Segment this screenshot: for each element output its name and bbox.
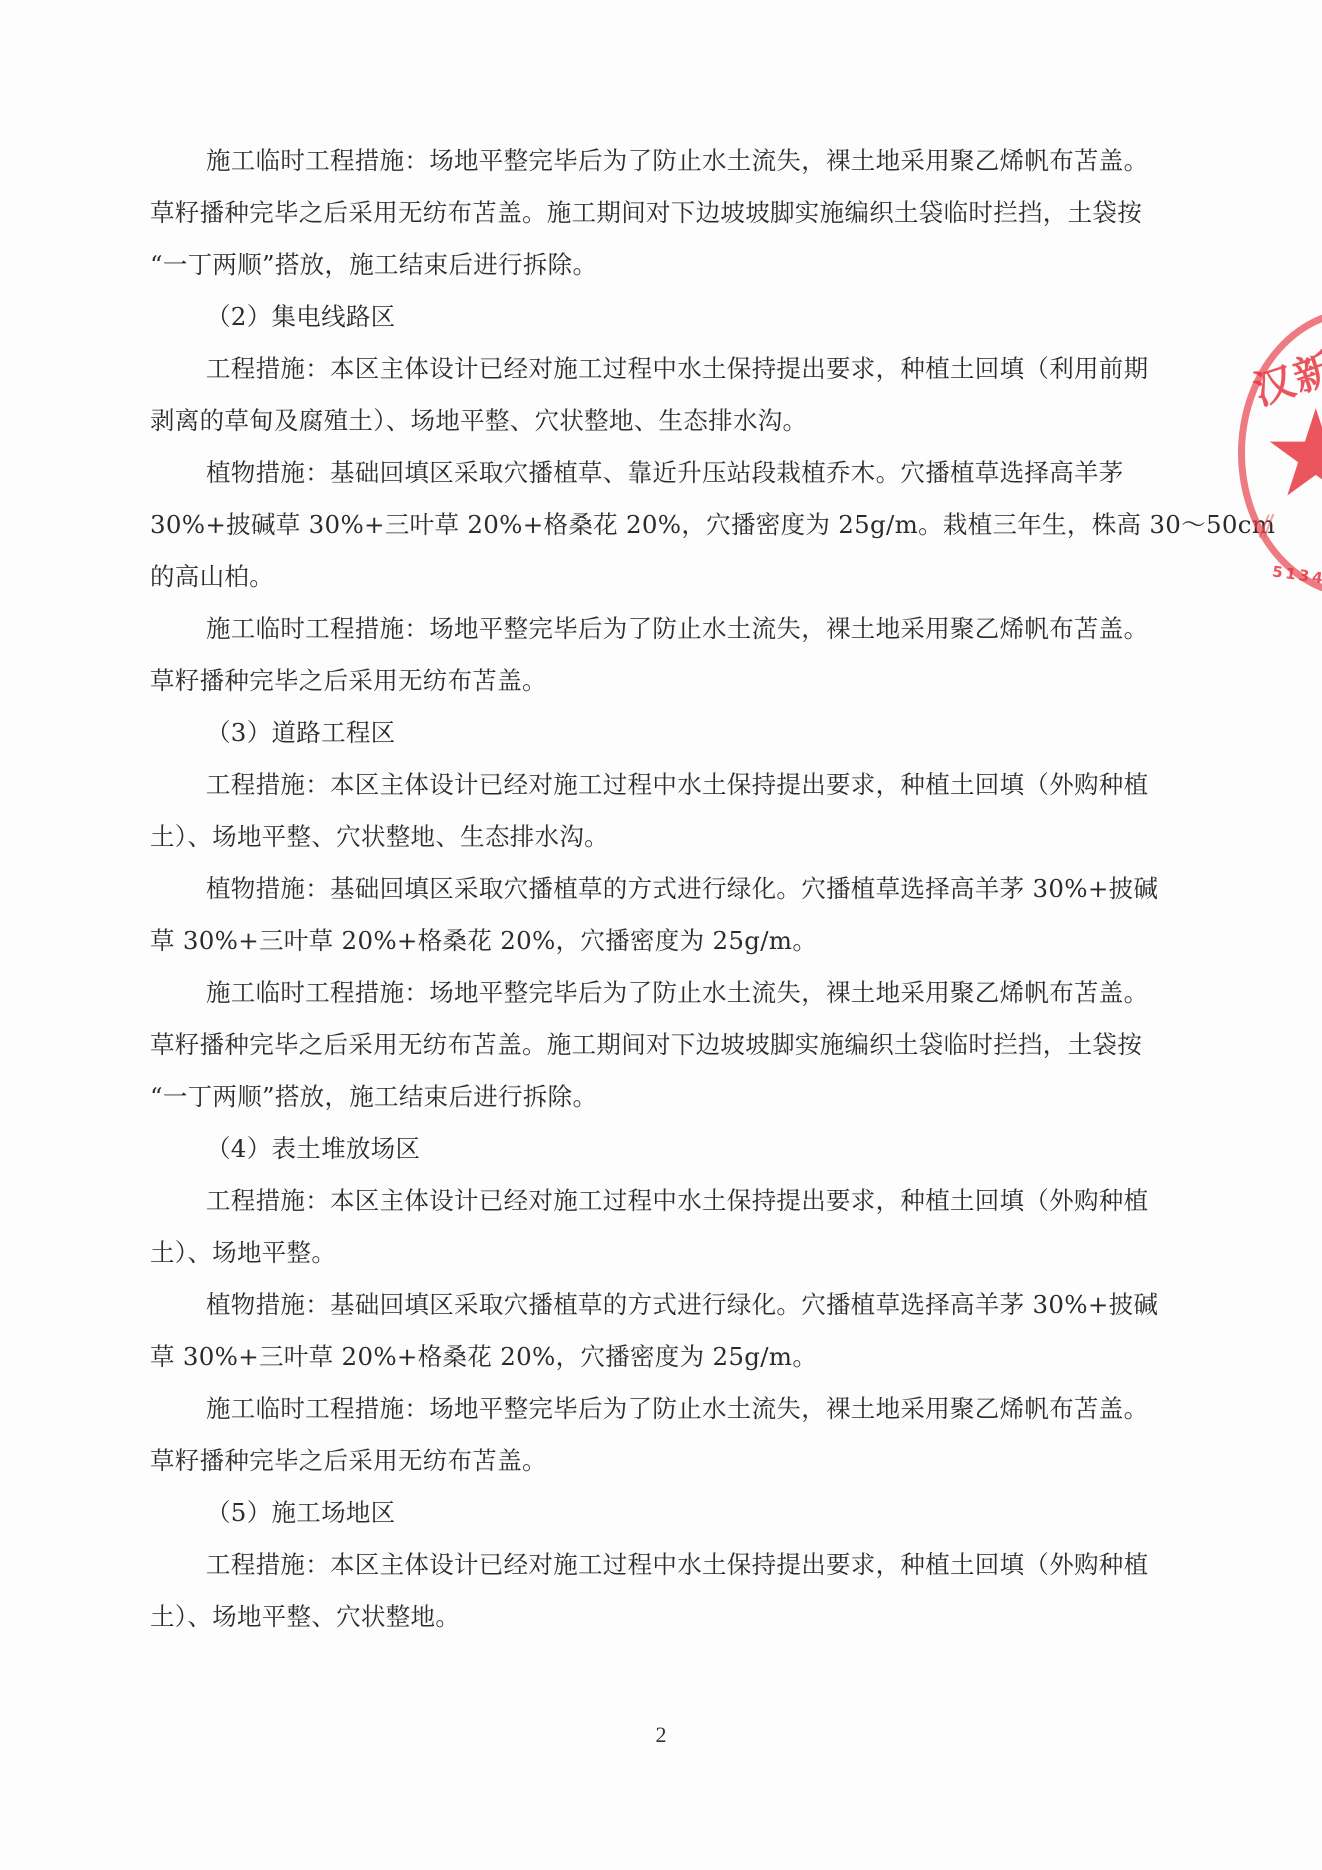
paragraph-line: 土）、场地平整、穴状整地。 (150, 1601, 460, 1633)
section-heading: （2）集电线路区 (206, 301, 396, 333)
section-heading: （3）道路工程区 (206, 717, 396, 749)
paragraph-line: “一丁两顺”搭放，施工结束后进行拆除。 (150, 249, 597, 281)
paragraph-line: 草籽播种完毕之后采用无纺布苫盖。施工期间对下边坡坡脚实施编织土袋临时拦挡，土袋按 (150, 1029, 1142, 1061)
paragraph-line: 工程措施：本区主体设计已经对施工过程中水土保持提出要求，种植土回填（利用前期 (206, 353, 1148, 385)
paragraph-line: 草 30%+三叶草 20%+格桑花 20%，穴播密度为 25g/m。 (150, 925, 817, 957)
paragraph-line: 植物措施：基础回填区采取穴播植草的方式进行绿化。穴播植草选择高羊茅 30%+披碱 (206, 873, 1158, 905)
paragraph-line: 工程措施：本区主体设计已经对施工过程中水土保持提出要求，种植土回填（外购种植 (206, 1549, 1148, 1581)
document-page: 施工临时工程措施：场地平整完毕后为了防止水土流失，裸土地采用聚乙烯帆布苫盖。 草… (0, 0, 1322, 1870)
paragraph-line: 草籽播种完毕之后采用无纺布苫盖。 (150, 665, 547, 697)
page-number: 2 (0, 1722, 1322, 1748)
paragraph-line: 草籽播种完毕之后采用无纺布苫盖。 (150, 1445, 547, 1477)
paragraph-line: 施工临时工程措施：场地平整完毕后为了防止水土流失，裸土地采用聚乙烯帆布苫盖。 (206, 1393, 1148, 1425)
paragraph-line: 工程措施：本区主体设计已经对施工过程中水土保持提出要求，种植土回填（外购种植 (206, 769, 1148, 801)
section-heading: （4）表土堆放场区 (206, 1133, 420, 1165)
paragraph-line: 剥离的草甸及腐殖土）、场地平整、穴状整地、生态排水沟。 (150, 405, 807, 437)
paragraph-line: 土）、场地平整、穴状整地、生态排水沟。 (150, 821, 609, 853)
paragraph-line: 草 30%+三叶草 20%+格桑花 20%，穴播密度为 25g/m。 (150, 1341, 817, 1373)
paragraph-line: 植物措施：基础回填区采取穴播植草、靠近升压站段栽植乔木。穴播植草选择高羊茅 (206, 457, 1124, 489)
paragraph-line: 施工临时工程措施：场地平整完毕后为了防止水土流失，裸土地采用聚乙烯帆布苫盖。 (206, 145, 1148, 177)
paragraph-line: 草籽播种完毕之后采用无纺布苫盖。施工期间对下边坡坡脚实施编织土袋临时拦挡，土袋按 (150, 197, 1142, 229)
paragraph-line: 植物措施：基础回填区采取穴播植草的方式进行绿化。穴播植草选择高羊茅 30%+披碱 (206, 1289, 1158, 1321)
paragraph-line: 的高山柏。 (150, 561, 274, 593)
paragraph-line: 施工临时工程措施：场地平整完毕后为了防止水土流失，裸土地采用聚乙烯帆布苫盖。 (206, 613, 1148, 645)
star-icon: ★ (1262, 395, 1322, 515)
paragraph-line: 30%+披碱草 30%+三叶草 20%+格桑花 20%，穴播密度为 25g/m。… (150, 509, 1275, 541)
paragraph-line: “一丁两顺”搭放，施工结束后进行拆除。 (150, 1081, 597, 1113)
section-heading: （5）施工场地区 (206, 1497, 396, 1529)
paragraph-line: 土）、场地平整。 (150, 1237, 336, 1269)
paragraph-line: 工程措施：本区主体设计已经对施工过程中水土保持提出要求，种植土回填（外购种植 (206, 1185, 1148, 1217)
paragraph-line: 施工临时工程措施：场地平整完毕后为了防止水土流失，裸土地采用聚乙烯帆布苫盖。 (206, 977, 1148, 1009)
